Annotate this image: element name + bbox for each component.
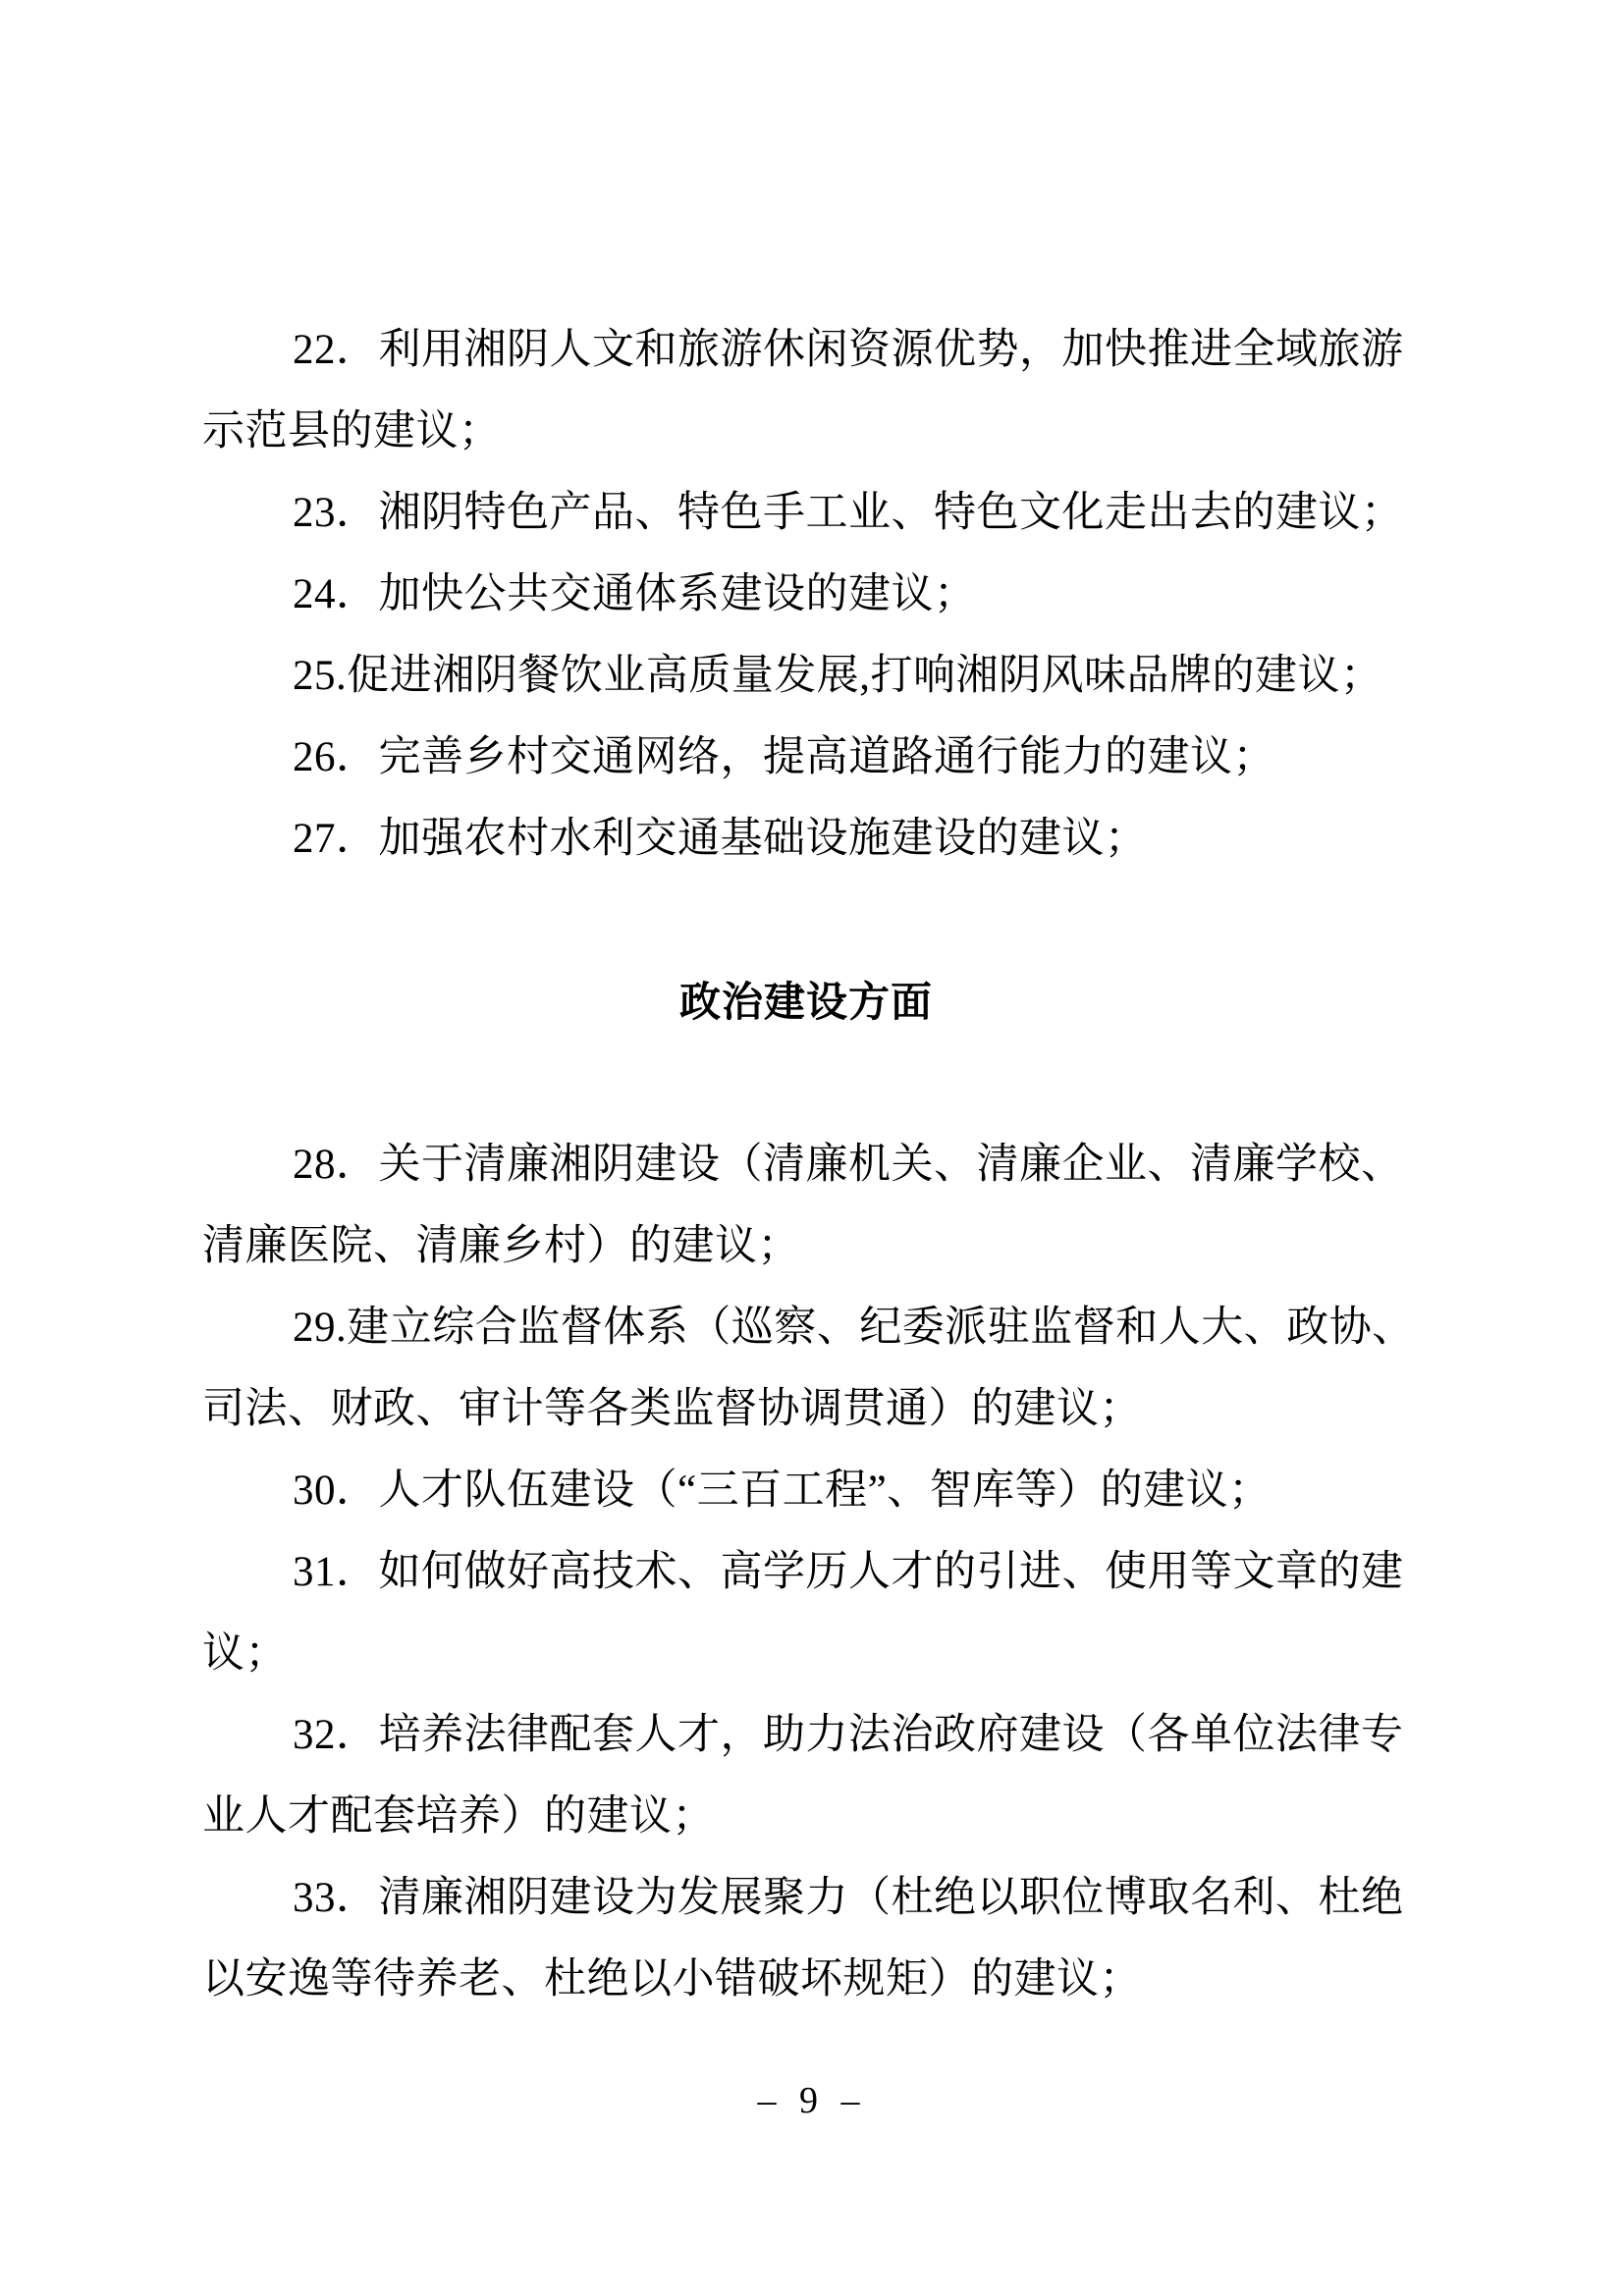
item-31-line-1: 31．如何做好高技术、高学历人才的引进、使用等文章的建 <box>202 1531 1410 1613</box>
item-28-line-2: 清廉医院、清廉乡村）的建议； <box>202 1205 1410 1287</box>
item-23-line-1: 23．湘阴特色产品、特色手工业、特色文化走出去的建议； <box>202 472 1410 554</box>
item-32-line-1: 32．培养法律配套人才，助力法治政府建设（各单位法律专 <box>202 1694 1410 1776</box>
page-number: – 9 – <box>0 2079 1624 2122</box>
item-29-line-1: 29.建立综合监督体系（巡察、纪委派驻监督和人大、政协、 <box>202 1287 1410 1368</box>
item-28-line-1: 28．关于清廉湘阴建设（清廉机关、清廉企业、清廉学校、 <box>202 1124 1410 1205</box>
blank-line <box>202 880 1410 961</box>
item-22-line-1: 22．利用湘阴人文和旅游休闲资源优势，加快推进全域旅游 <box>202 309 1410 391</box>
item-31-line-2: 议； <box>202 1613 1410 1694</box>
item-24-line-1: 24．加快公共交通体系建设的建议； <box>202 554 1410 635</box>
item-30-line-1: 30．人才队伍建设（“三百工程”、智库等）的建议； <box>202 1450 1410 1531</box>
item-33-line-1: 33．清廉湘阴建设为发展聚力（杜绝以职位博取名利、杜绝 <box>202 1857 1410 1939</box>
item-25-line-1: 25.促进湘阴餐饮业高质量发展,打响湘阴风味品牌的建议； <box>202 635 1410 717</box>
item-27-line-1: 27．加强农村水利交通基础设施建设的建议； <box>202 798 1410 880</box>
item-22-line-2: 示范县的建议； <box>202 391 1410 472</box>
item-32-line-2: 业人才配套培养）的建议； <box>202 1776 1410 1857</box>
document-body: 22．利用湘阴人文和旅游休闲资源优势，加快推进全域旅游示范县的建议；23．湘阴特… <box>202 309 1410 2020</box>
item-33-line-2: 以安逸等待养老、杜绝以小错破坏规矩）的建议； <box>202 1939 1410 2020</box>
blank-line <box>202 1042 1410 1124</box>
document-page: 22．利用湘阴人文和旅游休闲资源优势，加快推进全域旅游示范县的建议；23．湘阴特… <box>0 0 1624 2296</box>
item-26-line-1: 26．完善乡村交通网络，提高道路通行能力的建议； <box>202 717 1410 798</box>
section-heading: 政治建设方面 <box>202 961 1410 1042</box>
item-29-line-2: 司法、财政、审计等各类监督协调贯通）的建议； <box>202 1368 1410 1450</box>
